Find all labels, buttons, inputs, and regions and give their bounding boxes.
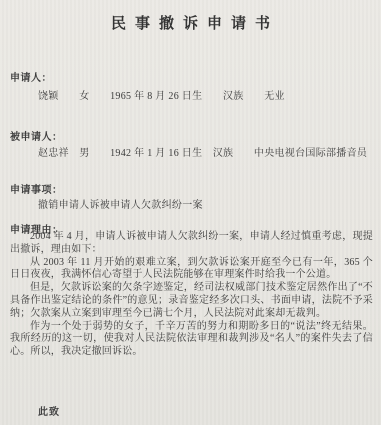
reason-paragraph: 作为一个处于弱势的女子，千辛万苦的努力和期盼多日的“说法”终无结果。我所经历的这…: [10, 321, 373, 359]
respondent-info: 赵忠祥 男 1942 年 1 月 16 日生 汉族 中央电视台国际部播音员: [38, 144, 367, 159]
reason-paragraph: 2004 年 4 月，申请人诉被申请人欠款纠纷一案，申请人经过慎重考虑，现提出撤…: [10, 231, 373, 257]
closing-text: 此致: [38, 403, 60, 418]
applicant-label: 申请人：: [10, 69, 52, 84]
reason-paragraph: 从 2003 年 11 月开始的艰难立案，到欠款诉讼案开庭至今已有一年，365 …: [10, 257, 373, 283]
matter-text: 撤销申请人诉被申请人欠款纠纷一案: [38, 196, 203, 211]
document-title: 民事撤诉申请书: [0, 12, 381, 33]
reason-paragraph: 但是，欠款诉讼案的欠条字迹鉴定，经司法权威部门技术鉴定居然作出了“不具备作出鉴定…: [10, 282, 373, 320]
matter-label: 申请事项：: [10, 181, 63, 196]
respondent-label: 被申请人：: [10, 128, 63, 143]
applicant-info: 饶颖 女 1965 年 8 月 26 日生 汉族 无业: [38, 87, 285, 102]
document-page: 民事撤诉申请书 申请人： 饶颖 女 1965 年 8 月 26 日生 汉族 无业…: [0, 0, 381, 425]
reasons-body: 2004 年 4 月，申请人诉被申请人欠款纠纷一案，申请人经过慎重考虑，现提出撤…: [10, 231, 373, 359]
